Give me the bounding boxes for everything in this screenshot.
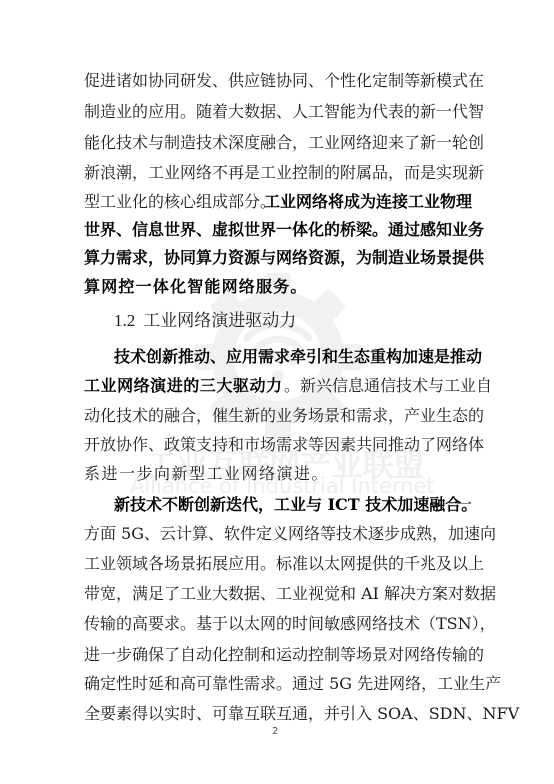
text-segment: 动化技术的融合，催生新的业务场景和需求，产业生态的: [84, 404, 472, 428]
text-line: 进一步确保了自动化控制和运动控制等场景对网络传输的: [84, 643, 472, 667]
text-line: 世界、信息世界、虚拟世界一体化的桥梁。通过感知业务: [84, 218, 472, 242]
text-line: 全要素得以实时、可靠互联互通，并引入 SOA、SDN、NFV: [84, 702, 472, 726]
text-line: 算力需求，协同算力资源与网络资源，为制造业场景提供: [84, 246, 472, 270]
text-line: 能化技术与制造技术深度融合，工业网络迎来了新一轮创: [84, 131, 472, 155]
text-line: 工业领域各场景拓展应用。标准以太网提供的千兆及以上: [84, 552, 472, 576]
text-line: 方面 5G、云计算、软件定义网络等技术逐步成熟，加速向: [84, 522, 472, 546]
text-segment-bold: 算力需求，协同算力资源与网络资源，为制造业场景提供: [84, 246, 472, 270]
text-segment: 新浪潮，工业网络不再是工业控制的附属品，而是实现新: [84, 161, 472, 185]
text-segment-bold: 工业网络演进的三大驱动力: [84, 374, 282, 398]
text-segment: 系进一步向新型工业网络演进。: [84, 462, 329, 486]
text-line: 动化技术的融合，催生新的业务场景和需求，产业生态的: [84, 404, 472, 428]
text-segment: 全要素得以实时、可靠互联互通，并引入 SOA、SDN、NFV: [84, 702, 472, 726]
text-segment: 。新兴信息通信技术与工业自: [284, 374, 472, 398]
text-line: 技术创新推动、应用需求牵引和生态重构加速是推动: [114, 345, 472, 369]
text-segment: 一: [454, 493, 472, 517]
text-line: 新浪潮，工业网络不再是工业控制的附属品，而是实现新: [84, 161, 472, 185]
text-line: 型工业化的核心组成部分。 工业网络将成为连接工业物理: [84, 190, 472, 214]
text-line: 制造业的应用。随着大数据、人工智能为代表的新一代智: [84, 100, 472, 124]
text-segment-bold: 世界、信息世界、虚拟世界一体化的桥梁。通过感知业务: [84, 218, 472, 242]
page-number: 2: [272, 726, 278, 737]
text-line: 促进诸如协同研发、供应链协同、个性化定制等新模式在: [84, 69, 472, 93]
document-page: 工业互联网产业联盟 Alliance of Industrial Interne…: [0, 0, 554, 784]
text-segment: 型工业化的核心组成部分。: [84, 190, 260, 214]
text-segment: 传输的高要求。基于以太网的时间敏感网络技术（TSN），: [84, 612, 472, 636]
text-segment-bold: 技术创新推动、应用需求牵引和生态重构加速是推动: [114, 345, 472, 369]
text-segment: 能化技术与制造技术深度融合，工业网络迎来了新一轮创: [84, 131, 472, 155]
text-segment: 带宽，满足了工业大数据、工业视觉和 AI 解决方案对数据: [84, 582, 472, 606]
text-segment-bold: 新技术不断创新迭代，工业与 ICT 技术加速融合。: [114, 493, 446, 517]
text-line: 新技术不断创新迭代，工业与 ICT 技术加速融合。 一: [114, 493, 472, 517]
text-segment: 促进诸如协同研发、供应链协同、个性化定制等新模式在: [84, 69, 472, 93]
section-number: 1.2: [114, 311, 135, 330]
text-line: 确定性时延和高可靠性需求。通过 5G 先进网络，工业生产: [84, 672, 472, 696]
section-heading: 1.2工业网络演进驱动力: [114, 309, 296, 333]
text-segment: 确定性时延和高可靠性需求。通过 5G 先进网络，工业生产: [84, 672, 472, 696]
text-line: 系进一步向新型工业网络演进。: [84, 462, 472, 486]
text-segment: 方面 5G、云计算、软件定义网络等技术逐步成熟，加速向: [84, 522, 472, 546]
text-segment-bold: 工业网络将成为连接工业物理: [264, 190, 472, 214]
text-line: 开放协作、政策支持和市场需求等因素共同推动了网络体: [84, 433, 472, 457]
text-segment: 进一步确保了自动化控制和运动控制等场景对网络传输的: [84, 643, 472, 667]
text-segment-bold: 算网控一体化智能网络服务。: [84, 275, 308, 299]
text-line: 工业网络演进的三大驱动力 。新兴信息通信技术与工业自: [84, 374, 472, 398]
text-segment: 制造业的应用。随着大数据、人工智能为代表的新一代智: [84, 100, 472, 124]
section-title: 工业网络演进驱动力: [143, 311, 296, 330]
text-segment: 开放协作、政策支持和市场需求等因素共同推动了网络体: [84, 433, 472, 457]
text-line: 带宽，满足了工业大数据、工业视觉和 AI 解决方案对数据: [84, 582, 472, 606]
text-line: 传输的高要求。基于以太网的时间敏感网络技术（TSN），: [84, 612, 472, 636]
text-line: 算网控一体化智能网络服务。: [84, 275, 472, 299]
text-segment: 工业领域各场景拓展应用。标准以太网提供的千兆及以上: [84, 552, 472, 576]
document-body: 促进诸如协同研发、供应链协同、个性化定制等新模式在 制造业的应用。随着大数据、人…: [0, 0, 554, 784]
